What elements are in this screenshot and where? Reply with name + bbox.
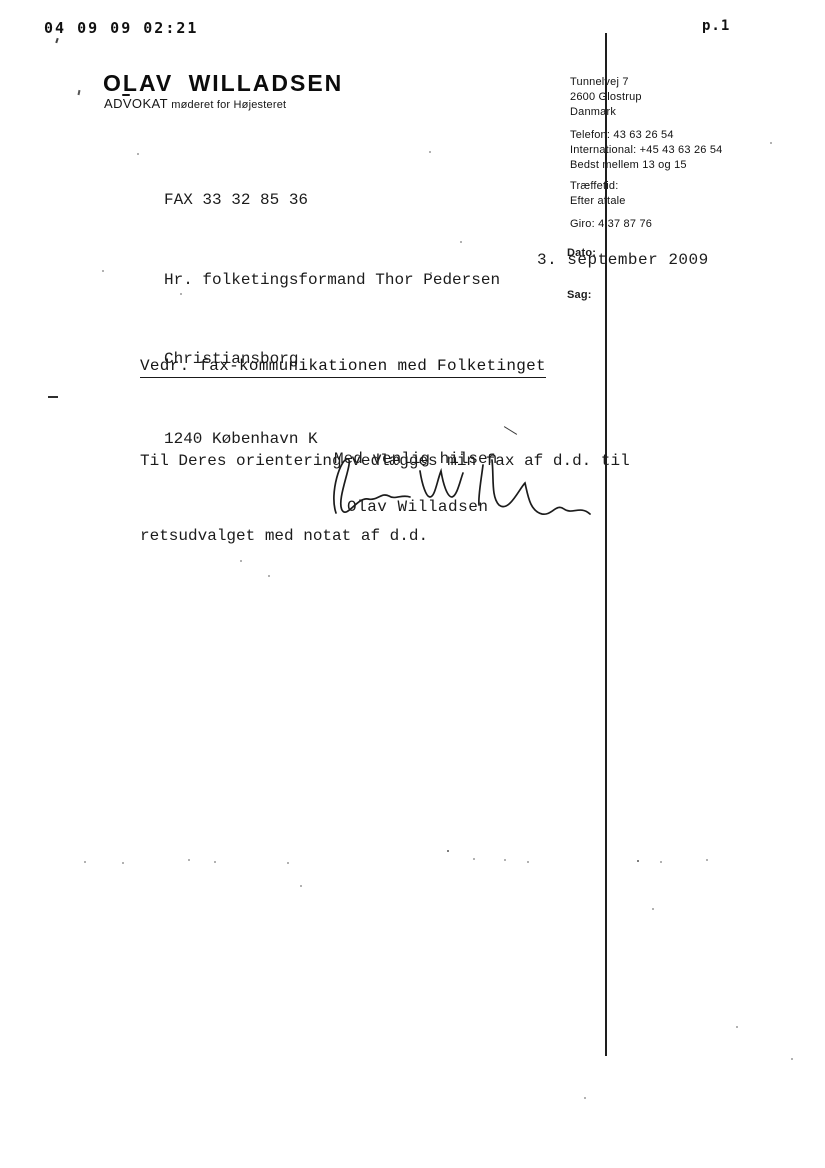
contact-hours-block: Træffetid: Efter aftale: [570, 179, 722, 209]
contact-hours-value: Efter aftale: [570, 194, 722, 209]
contact-country: Danmark: [570, 105, 722, 120]
scan-noise: [240, 560, 242, 562]
subject-line: Vedr. fax-kommunikationen med Folketinge…: [140, 357, 546, 378]
scan-noise: [84, 861, 86, 863]
handwritten-signature-icon: [320, 447, 602, 532]
scan-noise: [429, 151, 431, 153]
scan-noise: [137, 153, 139, 155]
recipient-name: Hr. folketingsformand Thor Pedersen: [164, 267, 500, 294]
scan-noise: [180, 293, 182, 295]
contact-phone-international: International: +45 43 63 26 54: [570, 143, 722, 158]
scan-noise: [188, 859, 190, 861]
scan-noise: [504, 859, 506, 861]
scan-noise: [652, 908, 654, 910]
case-label: Sag:: [567, 289, 592, 301]
scan-noise: [102, 270, 104, 272]
contact-phone: Telefon: 43 63 26 54: [570, 128, 722, 143]
scan-noise: [460, 241, 462, 243]
fax-page-number: p.1: [702, 18, 730, 34]
scan-mark-margin-dash: [48, 396, 58, 398]
letterhead-subtitle: ADVOKAT møderet for Højesteret: [104, 96, 286, 111]
contact-info-column: Tunnelvej 7 2600 Glostrup Danmark Telefo…: [570, 75, 722, 232]
scan-noise: [77, 90, 80, 95]
scan-vertical-rule: [605, 33, 607, 1056]
scan-noise: [268, 575, 270, 577]
scan-noise: [637, 860, 639, 862]
scan-noise: [300, 885, 302, 887]
contact-phone-block: Telefon: 43 63 26 54 International: +45 …: [570, 128, 722, 173]
scan-noise: [430, 272, 432, 274]
scan-noise: [791, 1058, 793, 1060]
scan-noise: [736, 1026, 738, 1028]
contact-address-block: Tunnelvej 7 2600 Glostrup Danmark: [570, 75, 722, 120]
scan-noise: [660, 861, 662, 863]
scan-noise: [287, 862, 289, 864]
fax-timestamp: 04 09 09 02:21: [44, 19, 198, 37]
contact-hours-label: Træffetid:: [570, 179, 722, 194]
scan-noise: [527, 861, 529, 863]
fax-document-page: 04 09 09 02:21 p.1 OLAV WILLADSEN ADVOKA…: [0, 0, 825, 1168]
date-value: 3. september 2009: [537, 251, 709, 269]
contact-giro: Giro: 4 37 87 76: [570, 217, 722, 232]
letterhead-title: ADVOKAT: [104, 96, 168, 111]
signature-typed-name: Olav Willadsen: [347, 498, 488, 516]
scan-noise: [473, 858, 475, 860]
scan-noise: [706, 859, 708, 861]
contact-phone-hours: Bedst mellem 13 og 15: [570, 158, 722, 173]
letterhead-title-suffix: møderet for Højesteret: [168, 99, 286, 111]
scan-noise: [770, 142, 772, 144]
contact-city: 2600 Glostrup: [570, 90, 722, 105]
letterhead-name: OLAV WILLADSEN: [103, 70, 343, 97]
scan-noise: [55, 38, 58, 43]
scan-noise: [584, 1097, 586, 1099]
scan-noise: [214, 861, 216, 863]
scan-noise: [122, 862, 124, 864]
scan-noise: [447, 850, 449, 852]
contact-street: Tunnelvej 7: [570, 75, 722, 90]
recipient-fax-number: FAX 33 32 85 36: [164, 187, 500, 214]
